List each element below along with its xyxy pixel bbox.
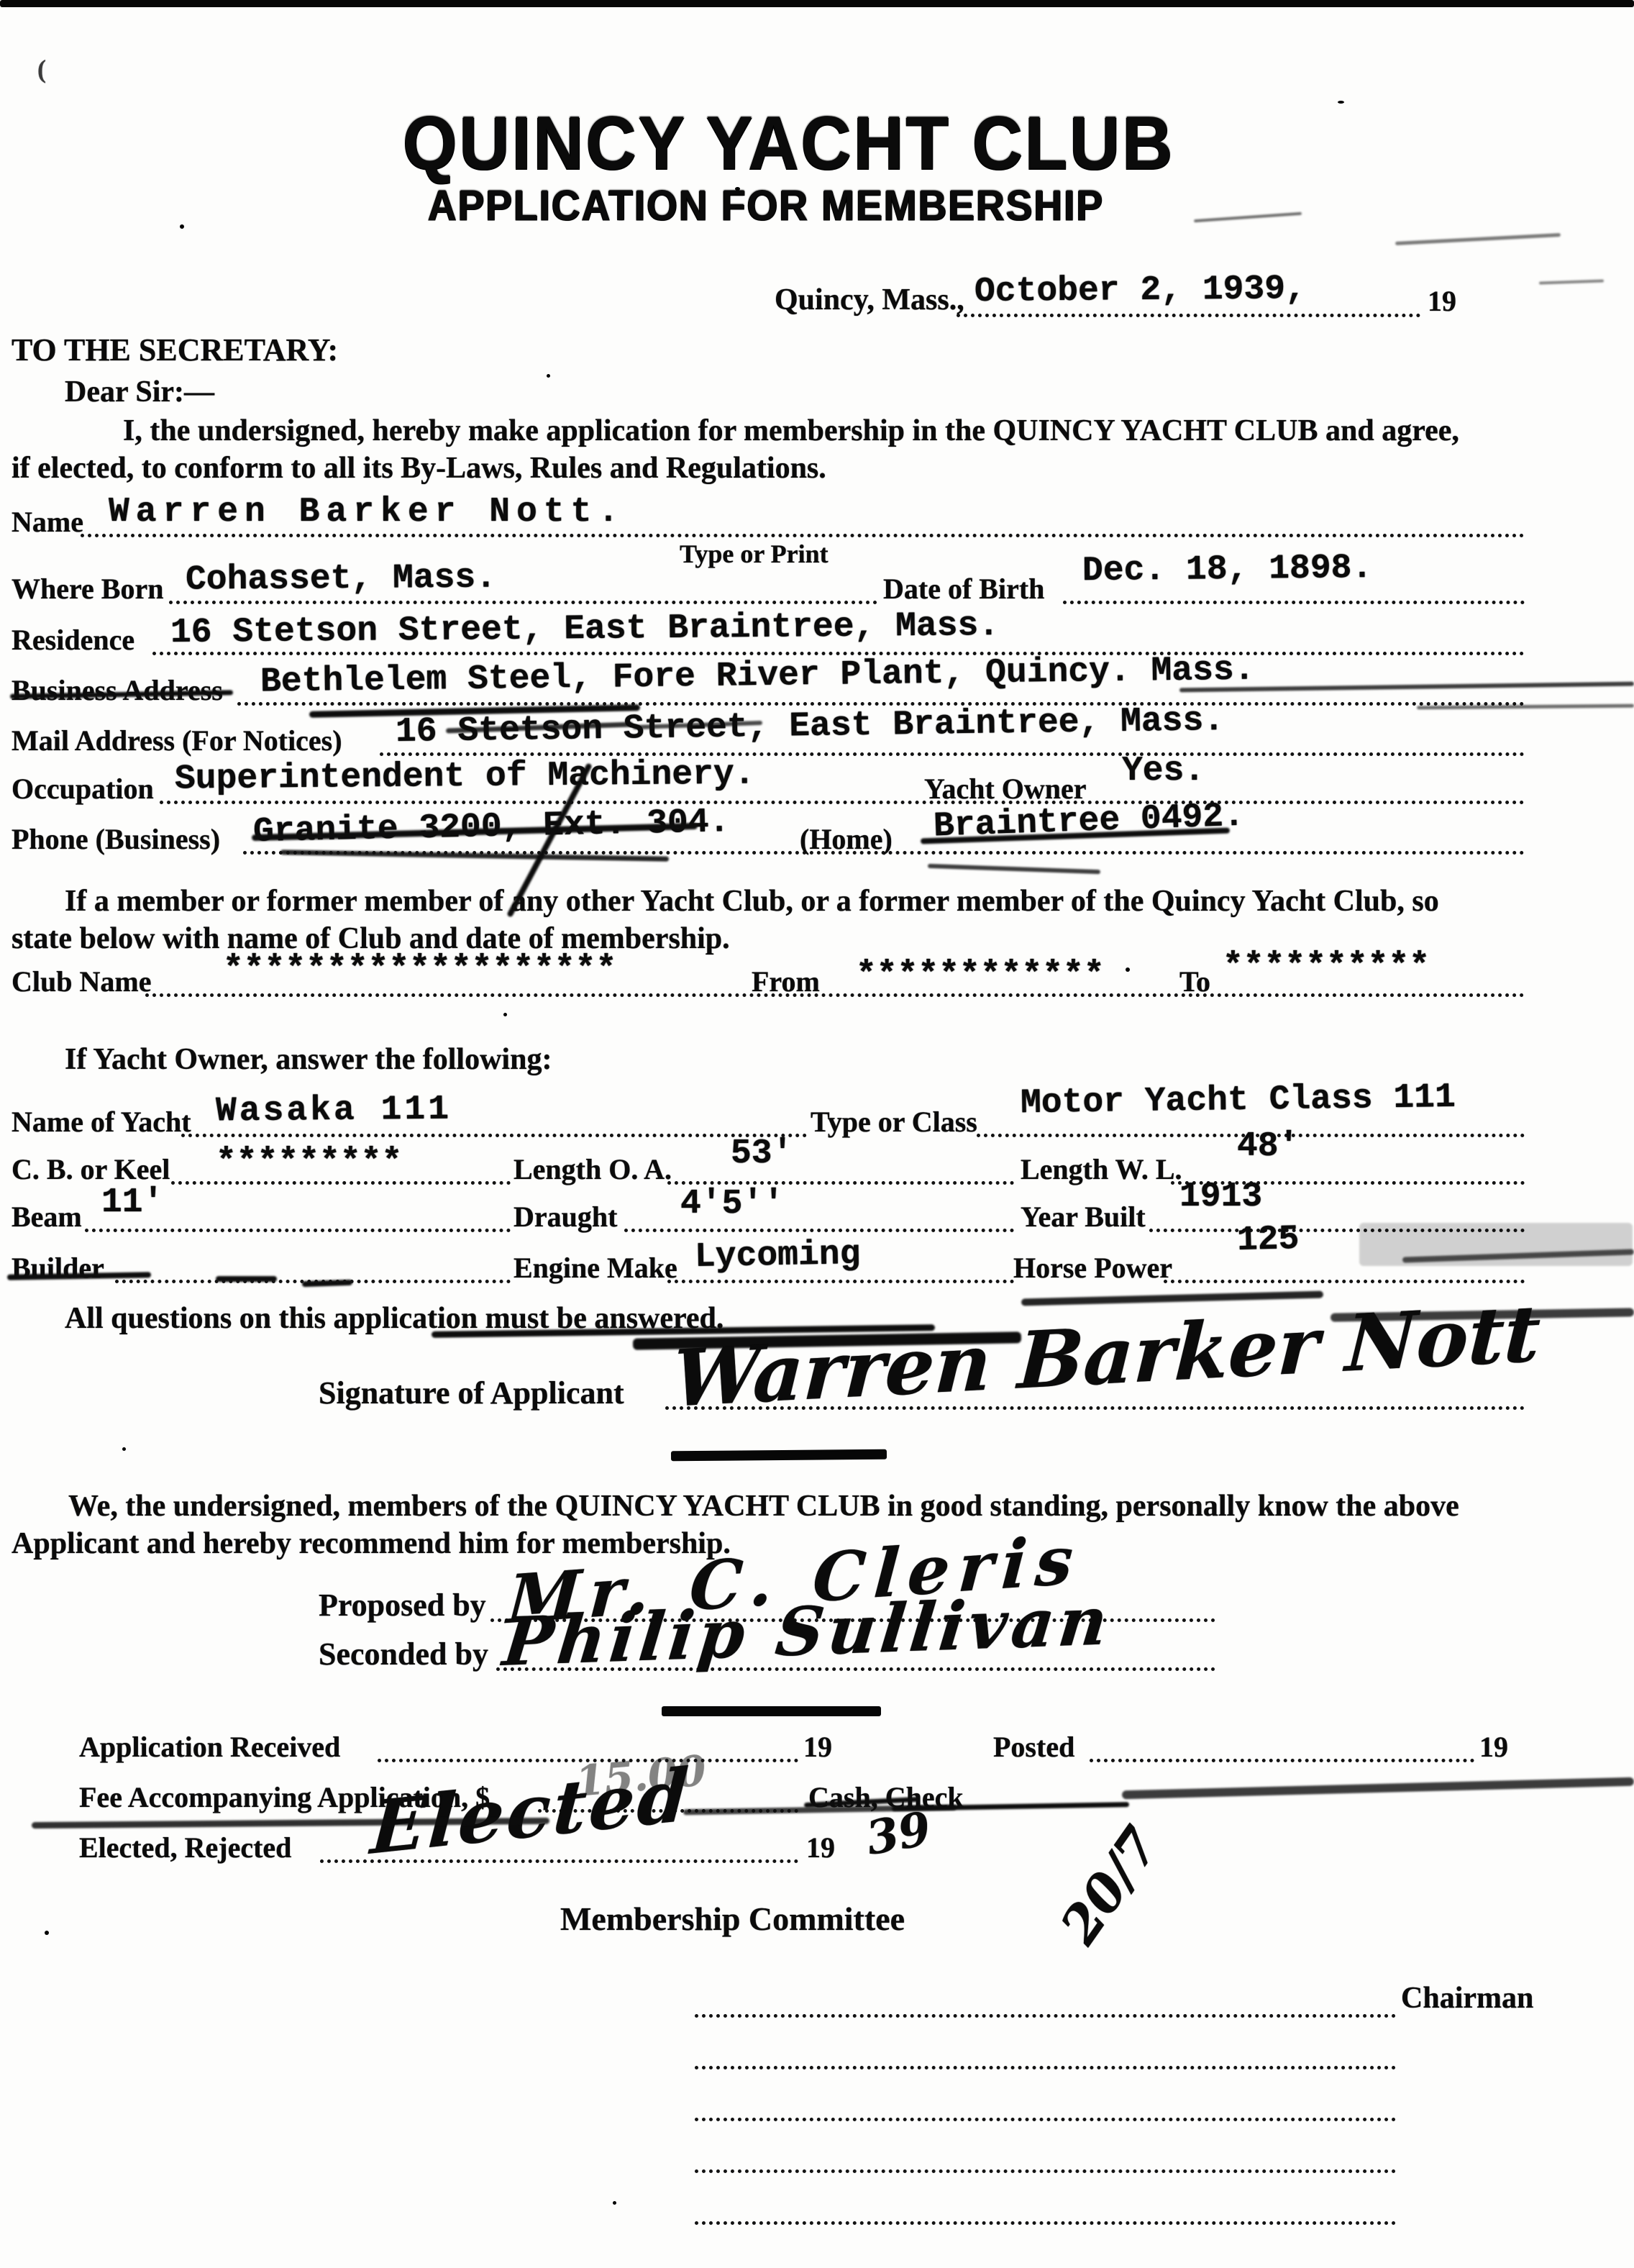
scan-speckle bbox=[1126, 967, 1130, 972]
dotted-line bbox=[237, 702, 1525, 706]
dotted-line bbox=[1164, 1280, 1525, 1283]
to-value: ********** bbox=[1223, 949, 1430, 984]
redaction-bar bbox=[662, 1706, 881, 1716]
scan-speckle bbox=[180, 224, 184, 229]
horse-power-label: Horse Power bbox=[1013, 1254, 1172, 1283]
form-title: QUINCY YACHT CLUB bbox=[403, 105, 1129, 181]
year-prefix: 19 bbox=[1428, 287, 1456, 316]
former-club-line2: state below with name of Club and date o… bbox=[12, 924, 730, 954]
where-born-value: Cohasset, Mass. bbox=[186, 560, 496, 597]
dotted-line bbox=[667, 1280, 1014, 1283]
from-value: ************ bbox=[856, 958, 1105, 993]
strike-mark bbox=[928, 864, 1100, 874]
length-oa-value: 53' bbox=[731, 1137, 793, 1171]
club-name-value: ******************* bbox=[223, 952, 616, 987]
dotted-line bbox=[1090, 1759, 1474, 1762]
where-born-label: Where Born bbox=[12, 575, 163, 604]
scan-speckle bbox=[45, 1931, 49, 1935]
dotted-line bbox=[695, 2118, 1396, 2121]
scan-smudge bbox=[1395, 233, 1561, 245]
length-wl-label: Length W. L. bbox=[1021, 1155, 1182, 1184]
dotted-line bbox=[181, 1134, 807, 1137]
scan-speckle bbox=[503, 1013, 507, 1016]
type-or-class-label: Type or Class bbox=[811, 1108, 977, 1137]
elected-handwritten: Elected bbox=[369, 1758, 693, 1864]
year-built-label: Year Built bbox=[1021, 1203, 1146, 1231]
scan-smudge bbox=[1539, 279, 1604, 284]
dotted-line bbox=[145, 993, 1525, 997]
phone-business-label: Phone (Business) bbox=[12, 825, 220, 854]
draught-label: Draught bbox=[514, 1203, 617, 1231]
yacht-section-heading: If Yacht Owner, answer the following: bbox=[65, 1044, 552, 1075]
application-received-year: 19 bbox=[803, 1733, 832, 1762]
engine-make-value: Lycoming bbox=[695, 1237, 861, 1275]
salutation: Dear Sir:— bbox=[65, 377, 214, 407]
dotted-line bbox=[85, 1229, 511, 1232]
redaction-bar bbox=[671, 1449, 887, 1462]
seconded-by-label: Seconded by bbox=[319, 1639, 488, 1670]
posted-year: 19 bbox=[1479, 1733, 1508, 1762]
occupation-value: Superintendent of Machinery. bbox=[175, 757, 755, 796]
posted-label: Posted bbox=[993, 1733, 1074, 1762]
elected-rejected-label: Elected, Rejected bbox=[79, 1834, 291, 1862]
dotted-line bbox=[695, 2221, 1396, 2225]
business-address-value: Bethlelem Steel, Fore River Plant, Quinc… bbox=[260, 653, 1255, 700]
intro-line2: if elected, to conform to all its By-Law… bbox=[12, 453, 826, 483]
to-label: To bbox=[1179, 967, 1210, 996]
date-of-birth-value: Dec. 18, 1898. bbox=[1082, 551, 1373, 588]
residence-value: 16 Stetson Street, East Braintree, Mass. bbox=[170, 609, 1000, 650]
mail-address-label: Mail Address (For Notices) bbox=[12, 727, 342, 755]
form-subtitle: APPLICATION FOR MEMBERSHIP bbox=[403, 184, 1129, 227]
year-built-value: 1913 bbox=[1179, 1180, 1262, 1214]
scan-corner-mark: ( bbox=[37, 56, 46, 82]
scan-speckle bbox=[1338, 101, 1344, 104]
recommend-line1: We, the undersigned, members of the QUIN… bbox=[68, 1491, 1459, 1521]
dotted-line bbox=[152, 652, 1525, 655]
former-club-line1: If a member or former member of any othe… bbox=[65, 886, 1439, 916]
beam-label: Beam bbox=[12, 1203, 82, 1231]
length-oa-label: Length O. A. bbox=[514, 1155, 672, 1184]
dotted-line bbox=[81, 534, 1525, 537]
scan-smudge bbox=[1194, 212, 1302, 222]
applicant-signature: Warren Barker Nott bbox=[671, 1295, 1542, 1418]
dotted-line bbox=[957, 314, 1420, 317]
date-value: October 2, 1939, bbox=[975, 272, 1306, 309]
date-of-birth-label: Date of Birth bbox=[883, 575, 1044, 604]
beam-value: 11' bbox=[101, 1185, 163, 1220]
dotted-line bbox=[624, 1229, 1014, 1232]
club-name-label: Club Name bbox=[12, 967, 151, 996]
dotted-line bbox=[160, 801, 1525, 804]
scan-smudge bbox=[1122, 1777, 1634, 1800]
horse-power-value: 125 bbox=[1236, 1222, 1300, 1258]
scan-edge-artifact bbox=[0, 0, 1634, 7]
proposed-by-label: Proposed by bbox=[319, 1590, 486, 1621]
scanned-membership-application: ( QUINCY YACHT CLUB APPLICATION FOR MEMB… bbox=[0, 0, 1634, 2268]
scan-speckle bbox=[613, 2201, 616, 2205]
phone-home-label: (Home) bbox=[800, 825, 893, 854]
length-wl-value: 48' bbox=[1237, 1129, 1299, 1164]
name-value: Warren Barker Nott. bbox=[109, 495, 625, 529]
keel-value: ********* bbox=[216, 1145, 402, 1180]
dotted-line bbox=[1063, 601, 1525, 604]
elected-year: 19 bbox=[806, 1834, 835, 1862]
to-secretary: TO THE SECRETARY: bbox=[12, 334, 338, 366]
yacht-owner-label: Yacht Owner bbox=[924, 775, 1087, 803]
name-label: Name bbox=[12, 508, 83, 537]
elected-year-handwritten: 39 bbox=[863, 1806, 934, 1862]
dotted-line bbox=[695, 2169, 1396, 2173]
all-questions-note: All questions on this application must b… bbox=[65, 1303, 724, 1334]
scan-speckle bbox=[547, 374, 550, 378]
scan-speckle bbox=[122, 1447, 126, 1451]
yacht-name-value: Wasaka 111 bbox=[216, 1093, 452, 1129]
membership-committee-heading: Membership Committee bbox=[560, 1903, 905, 1936]
seconded-by-signature: Philip Sullivan bbox=[500, 1588, 1115, 1675]
dotted-line bbox=[695, 2066, 1396, 2069]
draught-value: 4'5'' bbox=[680, 1187, 784, 1221]
keel-label: C. B. or Keel bbox=[12, 1155, 170, 1184]
chairman-label: Chairman bbox=[1401, 1983, 1533, 2013]
yacht-owner-value: Yes. bbox=[1122, 754, 1205, 788]
place-label: Quincy, Mass., bbox=[775, 285, 964, 315]
dotted-line bbox=[695, 2014, 1396, 2018]
type-or-print-note: Type or Print bbox=[680, 541, 829, 567]
yacht-name-label: Name of Yacht bbox=[12, 1108, 191, 1137]
signature-label: Signature of Applicant bbox=[319, 1377, 624, 1409]
dotted-line bbox=[380, 752, 1525, 756]
application-received-label: Application Received bbox=[79, 1733, 340, 1762]
from-label: From bbox=[752, 967, 820, 996]
residence-label: Residence bbox=[12, 626, 134, 655]
type-or-class-value: Motor Yacht Class 111 bbox=[1021, 1080, 1456, 1121]
dotted-line bbox=[115, 1280, 511, 1283]
engine-make-label: Engine Make bbox=[514, 1254, 677, 1283]
occupation-label: Occupation bbox=[12, 775, 154, 803]
dotted-line bbox=[169, 601, 877, 604]
diagonal-handwritten-note: 20/7 bbox=[1052, 1818, 1167, 1952]
intro-line1: I, the undersigned, hereby make applicat… bbox=[123, 416, 1459, 446]
